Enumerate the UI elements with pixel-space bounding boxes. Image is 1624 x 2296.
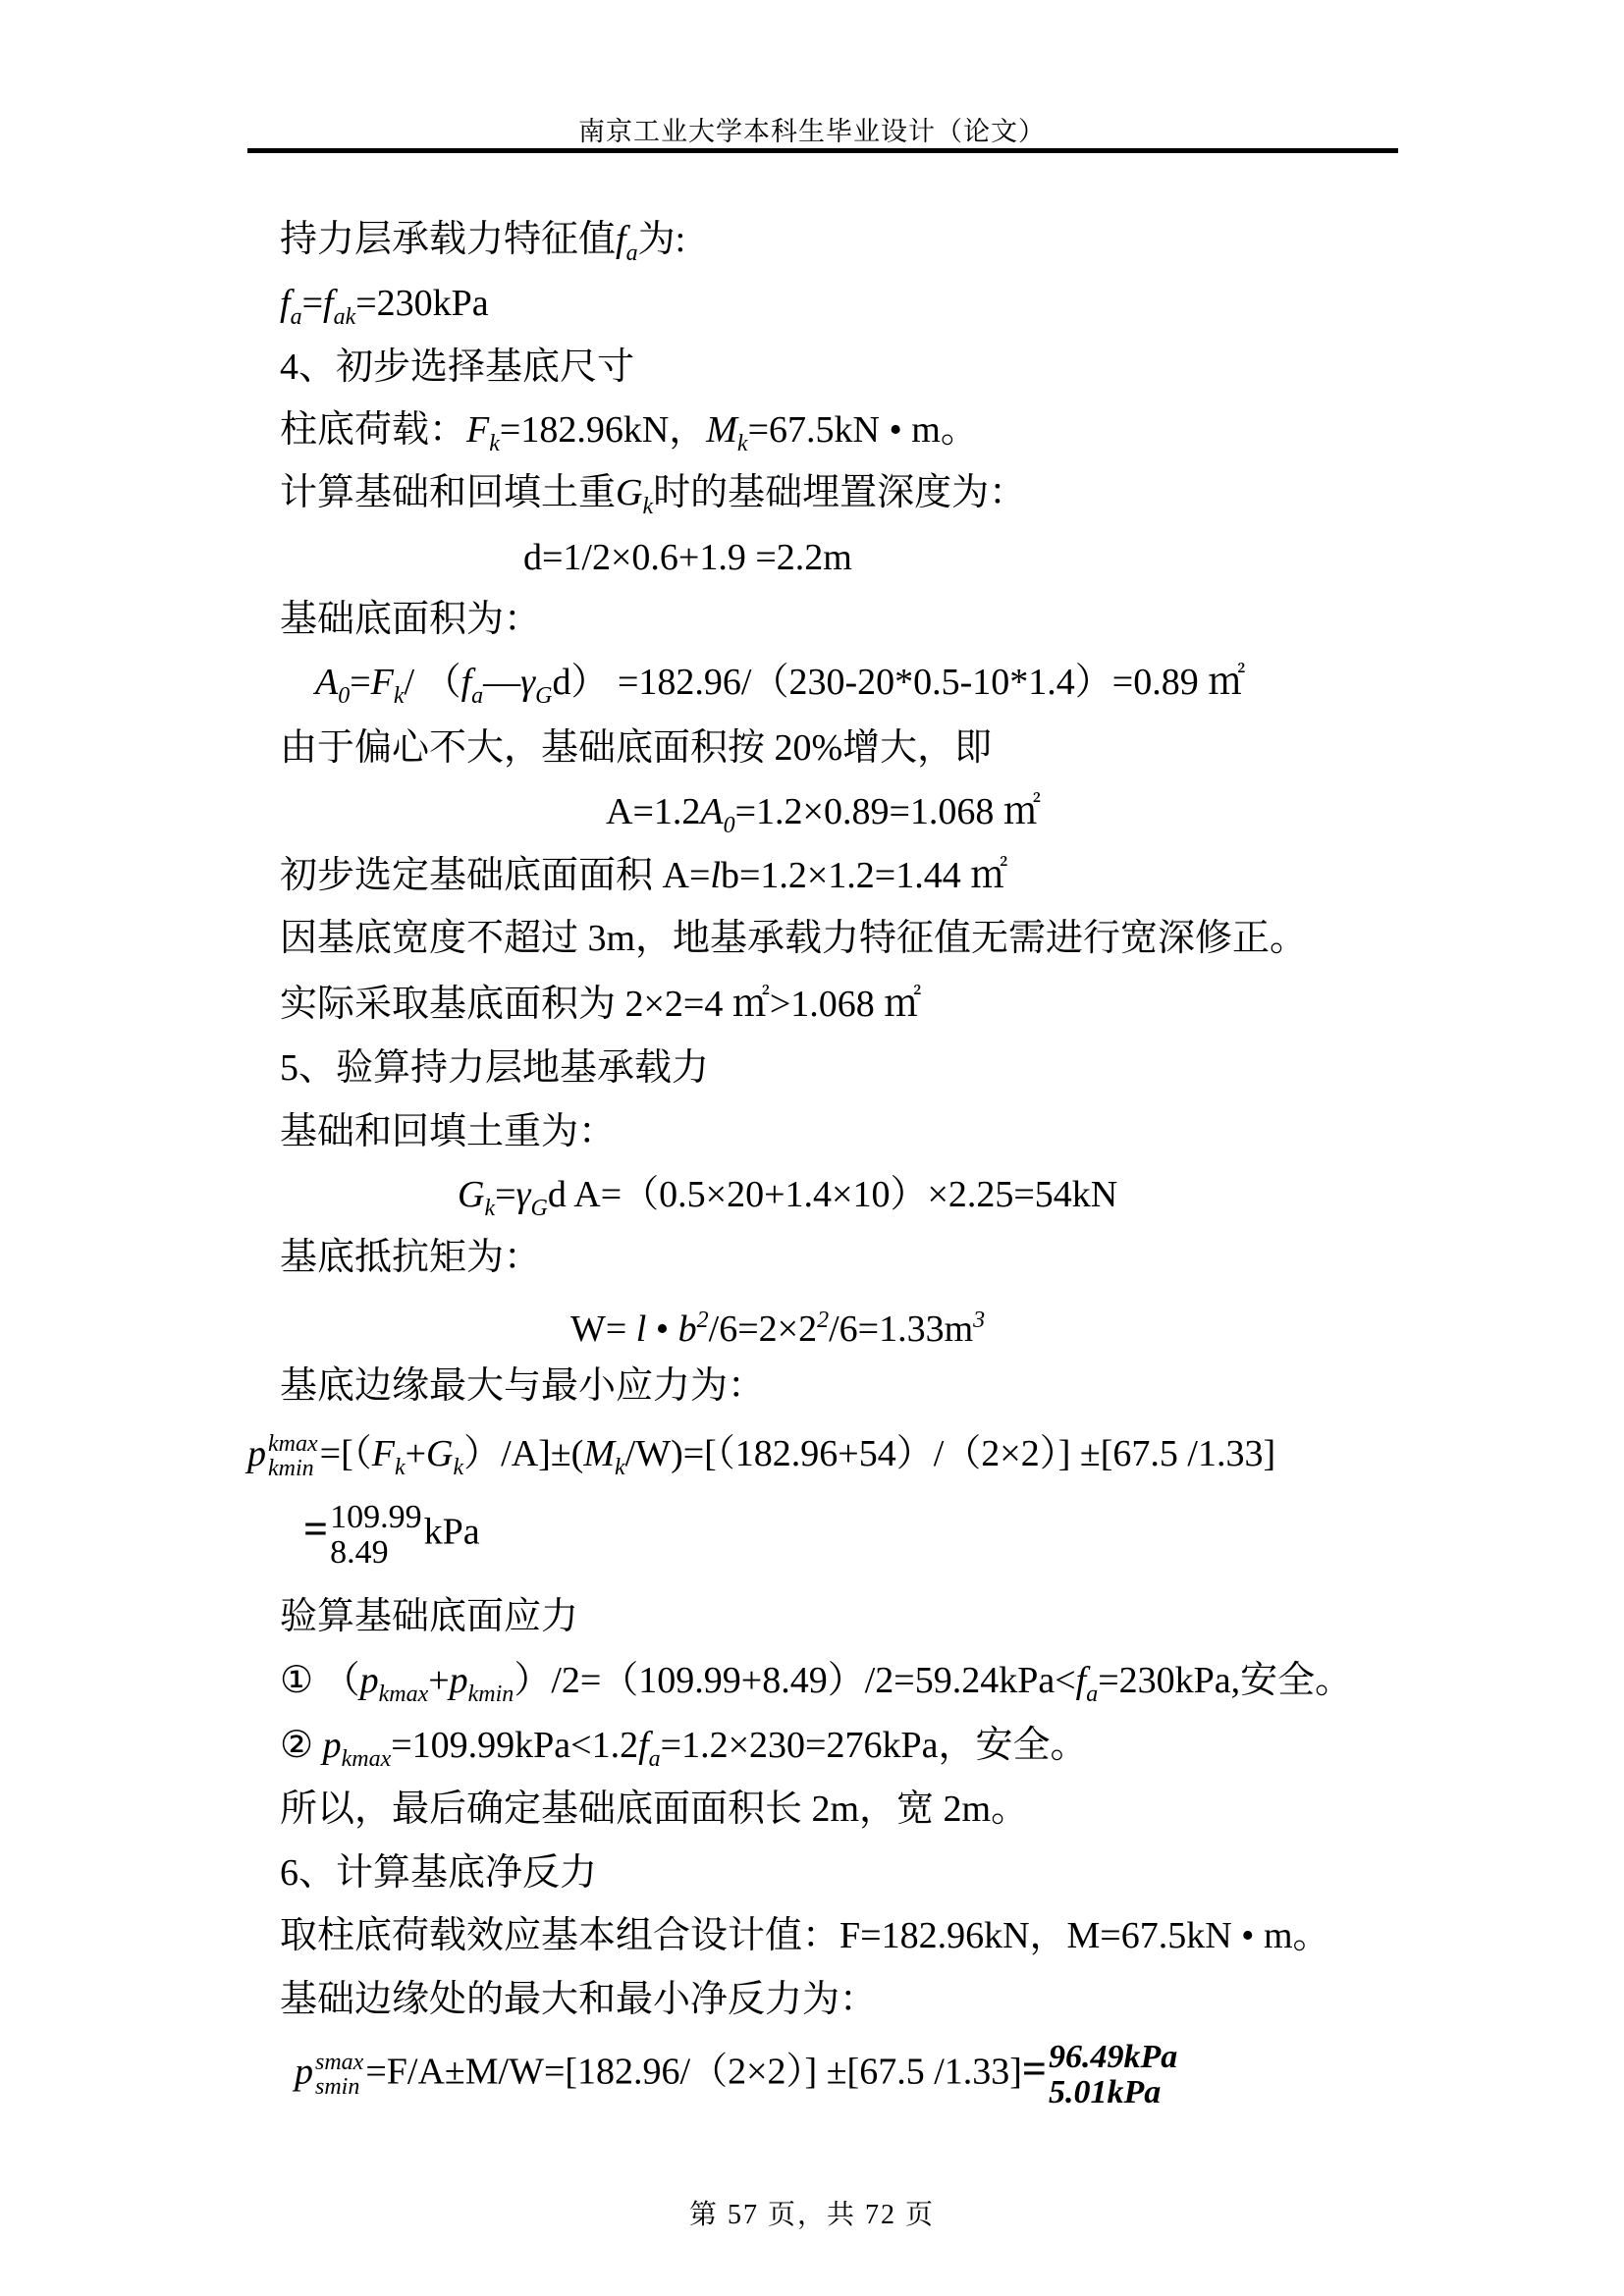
formula-w: W= l • b2/6=2×22/6=1.33m3 <box>570 1292 985 1358</box>
text-segment: ）/2=（109.99+8.49）/2=59.24kPa< <box>514 1660 1075 1701</box>
text-segment: + <box>406 1433 426 1474</box>
text-segment: — <box>483 662 520 703</box>
text-segment: W= <box>570 1308 636 1350</box>
text-segment: A=1.2 <box>606 791 700 832</box>
line-design-load: 取柱底荷载效应基本组合设计值：F=182.96kN，M=67.5kN • m。 <box>280 1907 1330 1964</box>
text-segment: a <box>649 1746 661 1772</box>
text-segment: 2 <box>697 1308 709 1333</box>
text-segment: p <box>360 1660 379 1701</box>
formula-stack: smaxsmin <box>315 2051 363 2100</box>
text-segment: 0 <box>338 683 350 709</box>
line-actual-area: 实际采取基底面积为 2×2=4 ㎡>1.068 ㎡ <box>280 976 921 1033</box>
text-segment: a <box>291 304 302 330</box>
text-segment: f <box>616 219 626 260</box>
text-segment: 因基底宽度不超过 3m，地基承载力特征值无需进行宽深修正。 <box>280 918 1307 959</box>
text-segment: p <box>295 2051 313 2092</box>
text-segment: d A=（0.5×20+1.4×10）×2.25=54kN <box>548 1174 1117 1215</box>
footer-page-label: 第 57 页，共 72 页 <box>689 2200 935 2230</box>
line-net-pressure-intro: 基础边缘处的最大和最小净反力为： <box>280 1971 877 2028</box>
formula-gk: Gk=γGd A=（0.5×20+1.4×10）×2.25=54kN <box>458 1166 1117 1237</box>
text-segment: = <box>350 662 370 703</box>
document-body: 持力层承载力特征值fa为:fa=fak=230kPa4、初步选择基底尺寸柱底荷载… <box>0 0 1624 2296</box>
line-weight-intro: 基础和回填土重为： <box>280 1103 616 1160</box>
text-segment: • <box>646 1308 677 1350</box>
text-segment: b=1.2×1.2=1.44 ㎡ <box>721 855 1007 896</box>
text-segment: kmin <box>468 1682 514 1707</box>
line-column-load: 柱底荷载：Fk=182.96kN，Mk=67.5kN • m。 <box>280 401 978 472</box>
text-segment: 基础底面积为： <box>280 599 541 640</box>
formula-a0: A0=Fk/ （fa—γGd） =182.96/（230-20*0.5-10*1… <box>315 654 1245 724</box>
text-segment: 基础和回填土重为： <box>280 1111 616 1152</box>
formula-a: A=1.2A0=1.2×0.89=1.068 ㎡ <box>606 783 1041 854</box>
text-segment: k <box>454 1455 464 1480</box>
text-segment: b <box>678 1308 697 1350</box>
text-segment: = <box>1022 2045 1047 2093</box>
line-moment-intro: 基底抵抗矩为： <box>280 1229 541 1286</box>
line-selected-area: 初步选定基础底面面积 A=lb=1.2×1.2=1.44 ㎡ <box>280 847 1007 904</box>
text-segment: =109.99kPa<1.2 <box>391 1725 638 1766</box>
document-page: 南京工业大学本科生毕业设计（论文） 持力层承载力特征值fa为:fa=fak=23… <box>0 0 1624 2296</box>
text-segment: 实际采取基底面积为 2×2=4 ㎡>1.068 ㎡ <box>280 984 921 1025</box>
text-segment: k <box>484 1196 495 1221</box>
text-segment: 基底边缘最大与最小应力为： <box>280 1365 765 1407</box>
text-segment: =1.2×0.89=1.068 ㎡ <box>735 791 1041 832</box>
text-segment: d=1/2×0.6+1.9 =2.2m <box>523 537 852 578</box>
line-check-1: ① （pkmax+pkmin）/2=（109.99+8.49）/2=59.24k… <box>280 1652 1352 1723</box>
formula-stack: 96.49kPa5.01kPa <box>1049 2040 1177 2109</box>
heading-6: 6、计算基底净反力 <box>280 1844 597 1901</box>
text-segment: a <box>626 240 638 266</box>
text-segment: 4、初步选择基底尺寸 <box>280 347 634 388</box>
line-edge-stress-intro: 基底边缘最大与最小应力为： <box>280 1358 765 1415</box>
text-segment: 持力层承载力特征值 <box>280 219 616 260</box>
formula-ps: psmaxsmin=F/A±M/W=[182.96/（2×2）] ±[67.5 … <box>295 2040 1179 2109</box>
text-segment: 5、验算持力层地基承载力 <box>280 1047 709 1089</box>
line-conclusion-size: 所以，最后确定基础底面面积长 2m，宽 2m。 <box>280 1781 1028 1838</box>
text-segment: = <box>495 1174 515 1215</box>
text-segment: 取柱底荷载效应基本组合设计值：F=182.96kN，M=67.5kN • m。 <box>280 1915 1330 1956</box>
text-segment: f <box>638 1725 649 1766</box>
text-segment: = <box>302 283 323 324</box>
text-segment: /6=2×2 <box>709 1308 817 1350</box>
text-segment: l <box>710 855 721 896</box>
text-segment: =230kPa <box>355 283 488 324</box>
formula-stack: kmaxkmin <box>268 1432 318 1481</box>
text-segment: γ <box>520 662 535 703</box>
text-segment: /6=1.33m <box>829 1308 973 1350</box>
text-segment: 计算基础和回填土重 <box>280 472 616 513</box>
text-segment: G <box>535 683 552 709</box>
text-segment: 验算基础底面应力 <box>280 1596 578 1637</box>
text-segment: k <box>642 494 653 519</box>
formula-depth: d=1/2×0.6+1.9 =2.2m <box>523 529 852 586</box>
text-segment: ① （ <box>280 1660 360 1701</box>
text-segment: d） =182.96/（230-20*0.5-10*1.4）=0.89 ㎡ <box>552 662 1245 703</box>
text-segment: f <box>323 283 334 324</box>
text-segment: p <box>323 1725 342 1766</box>
line-check-stress: 验算基础底面应力 <box>280 1588 578 1645</box>
text-segment: k <box>737 431 748 456</box>
text-segment: =67.5kN • m。 <box>748 409 978 451</box>
text-segment: =F/A±M/W=[182.96/（2×2）] ±[67.5 /1.33] <box>365 2051 1022 2092</box>
text-segment: γ <box>516 1174 531 1215</box>
text-segment: 2 <box>817 1308 829 1333</box>
text-segment: 3 <box>973 1308 985 1333</box>
line-eccentricity: 由于偏心不大，基础底面积按 20%增大，即 <box>280 720 992 776</box>
text-segment: f <box>280 283 291 324</box>
text-segment: + <box>428 1660 449 1701</box>
text-segment: G <box>531 1196 548 1221</box>
text-segment: A <box>315 662 338 703</box>
text-segment: =1.2×230=276kPa，安全。 <box>661 1725 1088 1766</box>
text-segment: G <box>616 472 642 513</box>
formula-pk-result: =109.998.49kPa <box>303 1500 480 1570</box>
text-segment: 所以，最后确定基础底面面积长 2m，宽 2m。 <box>280 1789 1028 1830</box>
text-segment: 6、计算基底净反力 <box>280 1852 597 1894</box>
page-footer: 第 57 页，共 72 页 <box>0 2193 1624 2232</box>
text-segment: k <box>615 1455 625 1480</box>
text-segment: =[（ <box>320 1433 372 1474</box>
text-segment: 由于偏心不大，基础底面积按 20%增大，即 <box>280 727 992 769</box>
text-segment: 基底抵抗矩为： <box>280 1237 541 1278</box>
text-segment: p <box>450 1660 468 1701</box>
text-segment: l <box>636 1308 647 1350</box>
text-segment: F <box>466 409 489 451</box>
text-segment: k <box>394 683 405 709</box>
formula-stack: 109.998.49 <box>330 1500 422 1570</box>
text-segment: G <box>458 1174 484 1215</box>
text-segment: 为: <box>638 219 686 260</box>
text-segment: kmax <box>379 1682 429 1707</box>
heading-4: 4、初步选择基底尺寸 <box>280 339 634 396</box>
text-segment: a <box>471 683 483 709</box>
text-segment: /W)=[（182.96+54）/（2×2）] ±[67.5 /1.33] <box>625 1433 1275 1474</box>
text-segment: 柱底荷载： <box>280 409 466 451</box>
text-segment: F <box>372 1433 395 1474</box>
text-segment: M <box>583 1433 615 1474</box>
text-segment: 时的基础埋置深度为： <box>653 472 1026 513</box>
formula-pk: pkmaxkmin=[（Fk+Gk）/A]±(Mk/W)=[（182.96+54… <box>247 1425 1275 1496</box>
text-segment: f <box>1076 1660 1087 1701</box>
text-segment: a <box>1086 1682 1098 1707</box>
line-fa-value: fa=fak=230kPa <box>280 275 489 346</box>
line-width-correction: 因基底宽度不超过 3m，地基承载力特征值无需进行宽深修正。 <box>280 910 1307 967</box>
text-segment: / （ <box>405 662 461 703</box>
text-segment: 初步选定基础底面面积 A= <box>280 855 710 896</box>
text-segment: f <box>461 662 472 703</box>
text-segment: =230kPa,安全。 <box>1098 1660 1352 1701</box>
text-segment: =182.96kN， <box>500 409 706 451</box>
text-segment: ）/A]±( <box>463 1433 583 1474</box>
text-segment: ② <box>280 1725 323 1766</box>
text-segment: ak <box>334 304 356 330</box>
text-segment: M <box>706 409 737 451</box>
text-segment: F <box>371 662 394 703</box>
text-segment: kmax <box>342 1746 392 1772</box>
text-segment: G <box>426 1433 453 1474</box>
text-segment: p <box>247 1433 266 1474</box>
line-check-2: ② pkmax=109.99kPa<1.2fa=1.2×230=276kPa，安… <box>280 1717 1087 1788</box>
text-segment: kPa <box>424 1511 480 1552</box>
text-segment: 0 <box>724 813 735 838</box>
line-gk-depth-intro: 计算基础和回填土重Gk时的基础埋置深度为： <box>280 464 1026 535</box>
line-fa-intro: 持力层承载力特征值fa为: <box>280 211 685 282</box>
text-segment: A <box>700 791 723 832</box>
text-segment: 基础边缘处的最大和最小净反力为： <box>280 1979 877 2020</box>
heading-5: 5、验算持力层地基承载力 <box>280 1040 709 1096</box>
line-base-area-intro: 基础底面积为： <box>280 591 541 648</box>
text-segment: k <box>395 1455 406 1480</box>
text-segment: = <box>303 1505 328 1553</box>
text-segment: k <box>489 431 500 456</box>
